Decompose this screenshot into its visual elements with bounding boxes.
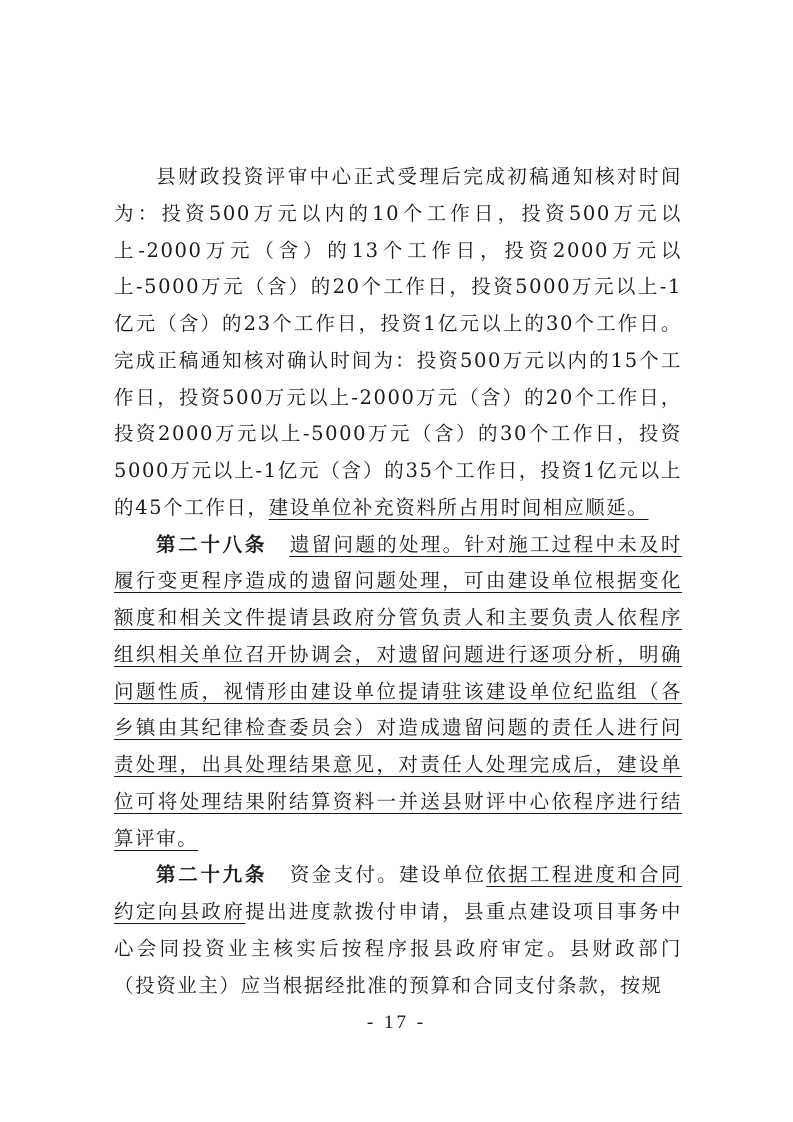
text-segment: 县财政投资评审中心正式受理后完成初稿通知核对时间为：投资500万元以内的10个工… (114, 165, 682, 519)
page-number: - 17 - (0, 1012, 793, 1034)
text-segment: 资金支付。建设单位 (289, 863, 486, 886)
document-page: 县财政投资评审中心正式受理后完成初稿通知核对时间为：投资500万元以内的10个工… (0, 0, 793, 1122)
underlined-text-segment: 遗留问题的处理。针对施工过程中未及时履行变更程序造成的遗留问题处理，可由建设单位… (114, 533, 682, 850)
underlined-text-segment: 建设单位补充资料所占用时间相应顺延。 (269, 496, 649, 519)
paragraph-article-28: 第二十八条遗留问题的处理。针对施工过程中未及时履行变更程序造成的遗留问题处理，可… (114, 527, 682, 858)
paragraph-review-time-limits: 县财政投资评审中心正式受理后完成初稿通知核对时间为：投资500万元以内的10个工… (114, 159, 682, 527)
paragraph-article-29: 第二十九条资金支付。建设单位依据工程进度和合同约定向县政府提出进度款拨付申请，县… (114, 857, 682, 1004)
article-heading-28: 第二十八条 (156, 533, 267, 556)
article-heading-29: 第二十九条 (156, 863, 267, 886)
document-body: 县财政投资评审中心正式受理后完成初稿通知核对时间为：投资500万元以内的10个工… (114, 159, 682, 1004)
